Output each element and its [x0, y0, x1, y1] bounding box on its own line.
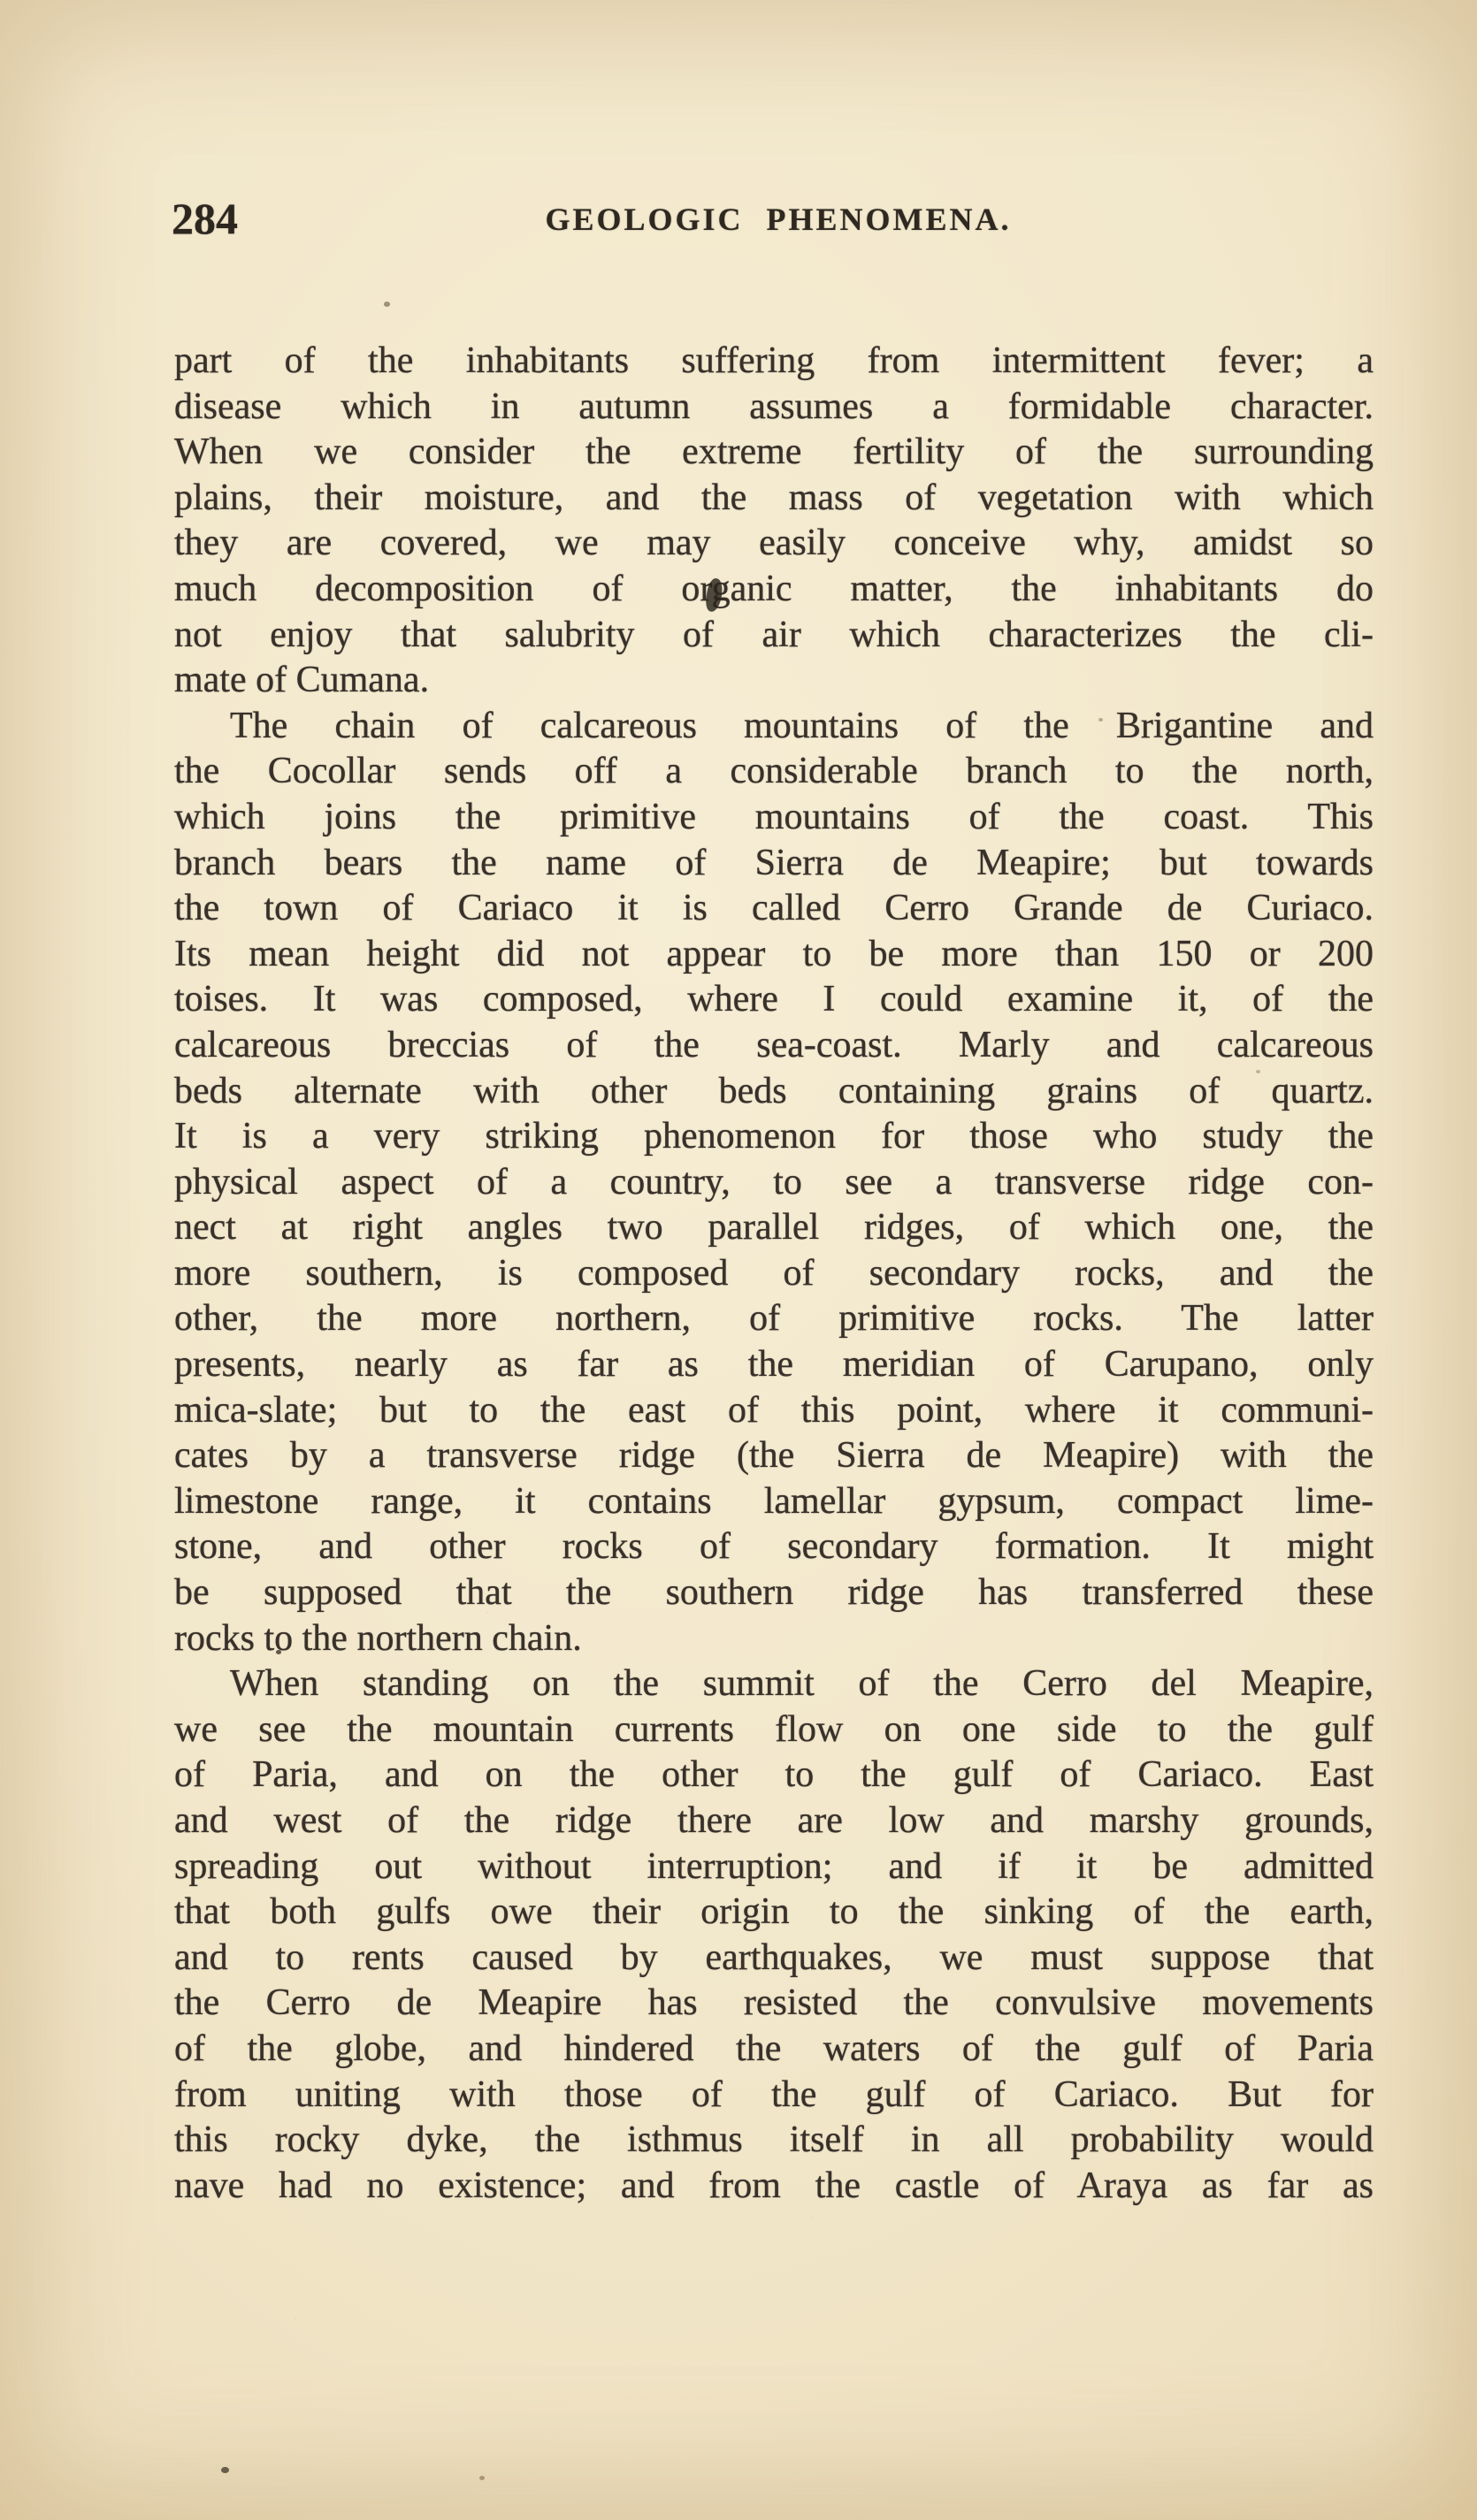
- text-line: we see the mountain currents flow on one…: [174, 1707, 1374, 1753]
- text-line: they are covered, we may easily conceive…: [174, 521, 1374, 567]
- text-line: from uniting with those of the gulf of C…: [174, 2073, 1374, 2119]
- text-line: presents, nearly as far as the meridian …: [174, 1342, 1374, 1388]
- text-line: When standing on the summit of the Cerro…: [174, 1661, 1374, 1707]
- text-line: cates by a transverse ridge (the Sierra …: [174, 1433, 1374, 1479]
- text-line: much decomposition of organic matter, th…: [174, 567, 1374, 613]
- text-line: stone, and other rocks of secondary form…: [174, 1524, 1374, 1570]
- paragraph: When standing on the summit of the Cerro…: [174, 1661, 1374, 2209]
- text-line: The chain of calcareous mountains of the…: [174, 704, 1374, 750]
- text-line: rocks to the northern chain.: [174, 1616, 1374, 1662]
- page-body: part of the inhabitants suffering from i…: [174, 339, 1374, 2209]
- text-line: beds alternate with other beds containin…: [174, 1069, 1374, 1115]
- text-line: part of the inhabitants suffering from i…: [174, 339, 1374, 385]
- text-line: more southern, is composed of secondary …: [174, 1251, 1374, 1297]
- text-line: the town of Cariaco it is called Cerro G…: [174, 886, 1374, 932]
- text-line: calcareous breccias of the sea-coast. Ma…: [174, 1023, 1374, 1069]
- text-line: nave had no existence; and from the cast…: [174, 2164, 1374, 2210]
- text-line: limestone range, it contains lamellar gy…: [174, 1479, 1374, 1525]
- running-title: GEOLOGIC PHENOMENA.: [545, 203, 1011, 235]
- text-line: physical aspect of a country, to see a t…: [174, 1160, 1374, 1206]
- text-line: mate of Cumana.: [174, 658, 1374, 704]
- text-line: the Cocollar sends off a considerable br…: [174, 749, 1374, 795]
- text-line: It is a very striking phenomenon for tho…: [174, 1114, 1374, 1160]
- text-line: be supposed that the southern ridge has …: [174, 1570, 1374, 1616]
- text-line: branch bears the name of Sierra de Meapi…: [174, 841, 1374, 887]
- text-line: disease which in autumn assumes a formid…: [174, 385, 1374, 431]
- text-line: When we consider the extreme fertility o…: [174, 430, 1374, 476]
- text-line: mica-slate; but to the east of this poin…: [174, 1388, 1374, 1434]
- page-number: 284: [172, 196, 238, 241]
- text-line: the Cerro de Meapire has resisted the co…: [174, 1981, 1374, 2027]
- paragraph: part of the inhabitants suffering from i…: [174, 339, 1374, 704]
- book-page-scan: 284 GEOLOGIC PHENOMENA. part of the inha…: [0, 0, 1477, 2520]
- text-line: and west of the ridge there are low and …: [174, 1798, 1374, 1844]
- text-line: Its mean height did not appear to be mor…: [174, 932, 1374, 978]
- ink-speck: [221, 2467, 229, 2473]
- text-line: spreading out without interruption; and …: [174, 1844, 1374, 1890]
- text-line: of Paria, and on the other to the gulf o…: [174, 1753, 1374, 1798]
- paragraph: The chain of calcareous mountains of the…: [174, 704, 1374, 1661]
- text-line: not enjoy that salubrity of air which ch…: [174, 613, 1374, 659]
- text-line: nect at right angles two parallel ridges…: [174, 1205, 1374, 1251]
- ink-speck: [479, 2476, 485, 2480]
- text-line: which joins the primitive mountains of t…: [174, 795, 1374, 841]
- text-line: plains, their moisture, and the mass of …: [174, 476, 1374, 522]
- text-line: this rocky dyke, the isthmus itself in a…: [174, 2118, 1374, 2164]
- text-line: toises. It was composed, where I could e…: [174, 977, 1374, 1023]
- text-line: other, the more northern, of primitive r…: [174, 1296, 1374, 1342]
- ink-speck: [384, 302, 390, 307]
- text-line: and to rents caused by earthquakes, we m…: [174, 1936, 1374, 1982]
- text-line: that both gulfs owe their origin to the …: [174, 1890, 1374, 1936]
- text-line: of the globe, and hindered the waters of…: [174, 2027, 1374, 2073]
